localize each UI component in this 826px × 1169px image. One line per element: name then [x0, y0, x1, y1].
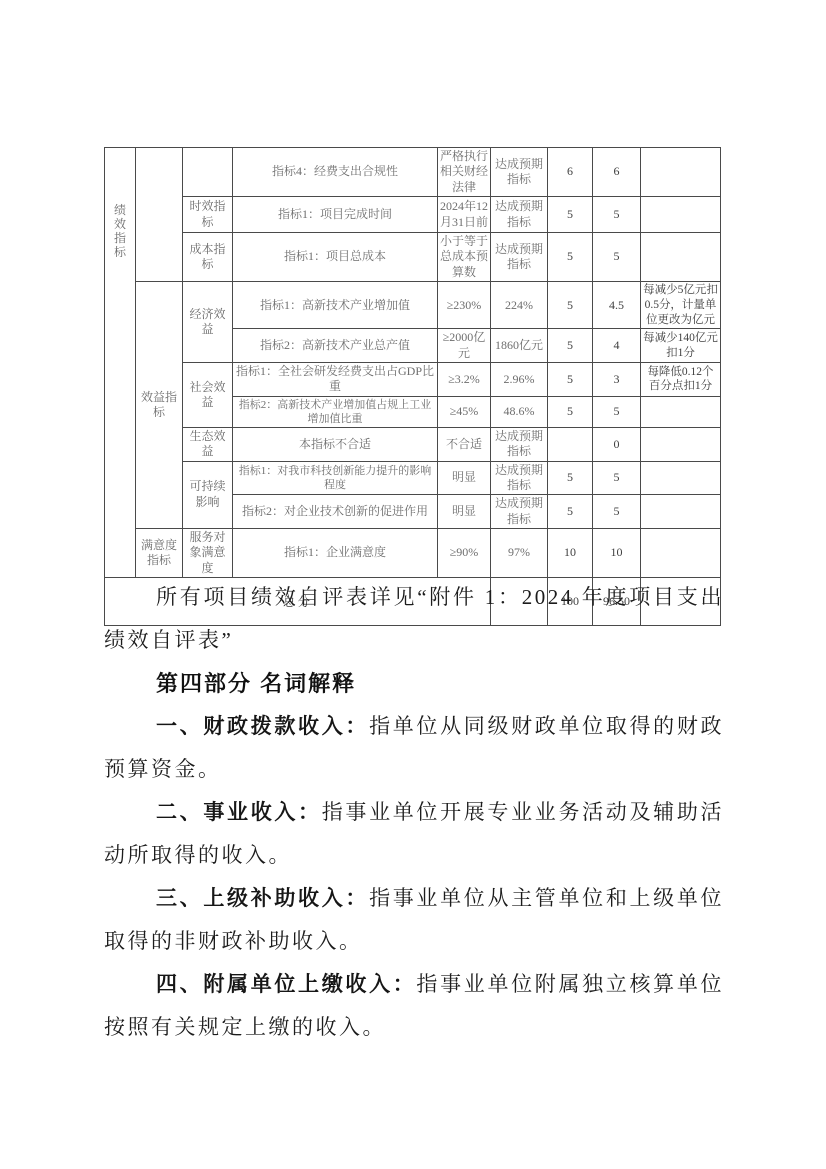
points-cell: 5 [548, 461, 593, 495]
actual-value-cell: 达成预期指标 [491, 233, 548, 282]
indicator-name-cell: 指标2：高新技术产业总产值 [233, 329, 438, 363]
indicator-name-cell: 指标4：经费支出合规性 [233, 148, 438, 197]
points-cell: 5 [548, 197, 593, 233]
indicator-name-cell: 指标2：对企业技术创新的促进作用 [233, 495, 438, 529]
group-cell-benefit: 效益指标 [136, 282, 183, 529]
points-cell [548, 427, 593, 461]
subgroup-cell: 可持续影响 [183, 461, 233, 528]
points-cell: 5 [548, 495, 593, 529]
score-cell: 4.5 [593, 282, 641, 329]
actual-value-cell: 48.6% [491, 396, 548, 427]
score-cell: 0 [593, 427, 641, 461]
subgroup-cell: 时效指标 [183, 197, 233, 233]
remark-cell [641, 396, 721, 427]
remark-cell [641, 529, 721, 578]
target-value-cell: 明显 [438, 495, 491, 529]
performance-indicator-table: 绩效指标 指标4：经费支出合规性 严格执行相关财经法律 达成预期指标 6 6 时… [104, 147, 721, 626]
remark-cell: 每减少140亿元扣1分 [641, 329, 721, 363]
target-value-cell: ≥2000亿元 [438, 329, 491, 363]
indicator-name-cell: 指标1：企业满意度 [233, 529, 438, 578]
subgroup-cell: 服务对象满意度 [183, 529, 233, 578]
group-cell-empty [136, 148, 183, 282]
target-value-cell: ≥3.2% [438, 363, 491, 397]
score-cell: 5 [593, 197, 641, 233]
remark-cell: 每降低0.12个百分点扣1分 [641, 363, 721, 397]
score-cell: 5 [593, 495, 641, 529]
term-label: 一、财政拨款收入： [156, 714, 369, 738]
remark-cell [641, 427, 721, 461]
actual-value-cell: 达成预期指标 [491, 427, 548, 461]
actual-value-cell: 达成预期指标 [491, 148, 548, 197]
target-value-cell: 2024年12月31日前 [438, 197, 491, 233]
target-value-cell: 明显 [438, 461, 491, 495]
subgroup-cell: 成本指标 [183, 233, 233, 282]
table-row: 绩效指标 指标4：经费支出合规性 严格执行相关财经法律 达成预期指标 6 6 [105, 148, 721, 197]
term-label: 四、附属单位上缴收入： [156, 972, 416, 996]
score-cell: 5 [593, 461, 641, 495]
term-definition: 四、附属单位上缴收入：指事业单位附属独立核算单位按照有关规定上缴的收入。 [104, 963, 724, 1049]
score-cell: 5 [593, 396, 641, 427]
remark-cell: 每减少5亿元扣0.5分，计量单位更改为亿元 [641, 282, 721, 329]
table-row: 效益指标 经济效益 指标1：高新技术产业增加值 ≥230% 224% 5 4.5… [105, 282, 721, 329]
target-value-cell: 严格执行相关财经法律 [438, 148, 491, 197]
points-cell: 6 [548, 148, 593, 197]
actual-value-cell: 达成预期指标 [491, 197, 548, 233]
target-value-cell: ≥90% [438, 529, 491, 578]
body-text-block: 所有项目绩效自评表详见“附件 1：2024 年度项目支出绩效自评表” 第四部分 … [104, 576, 724, 1049]
points-cell: 5 [548, 329, 593, 363]
score-cell: 4 [593, 329, 641, 363]
actual-value-cell: 达成预期指标 [491, 461, 548, 495]
term-definition: 三、上级补助收入：指事业单位从主管单位和上级单位取得的非财政补助收入。 [104, 877, 724, 963]
subgroup-cell: 生态效益 [183, 427, 233, 461]
side-header-cell: 绩效指标 [105, 148, 136, 578]
table-row: 时效指标 指标1：项目完成时间 2024年12月31日前 达成预期指标 5 5 [105, 197, 721, 233]
target-value-cell: 不合适 [438, 427, 491, 461]
section-heading: 第四部分 名词解释 [104, 662, 724, 705]
actual-value-cell: 97% [491, 529, 548, 578]
indicator-name-cell: 指标1：项目完成时间 [233, 197, 438, 233]
score-cell: 3 [593, 363, 641, 397]
indicator-name-cell: 指标2：高新技术产业增加值占规上工业增加值比重 [233, 396, 438, 427]
remark-cell [641, 495, 721, 529]
indicator-name-cell: 指标1：项目总成本 [233, 233, 438, 282]
score-cell: 10 [593, 529, 641, 578]
score-cell: 5 [593, 233, 641, 282]
table-row: 可持续影响 指标1：对我市科技创新能力提升的影响程度 明显 达成预期指标 5 5 [105, 461, 721, 495]
side-header-label: 绩效指标 [114, 203, 127, 259]
term-label: 二、事业收入： [156, 800, 322, 824]
attachment-note: 所有项目绩效自评表详见“附件 1：2024 年度项目支出绩效自评表” [104, 576, 724, 662]
indicator-name-cell: 指标1：高新技术产业增加值 [233, 282, 438, 329]
points-cell: 5 [548, 396, 593, 427]
table-row: 社会效益 指标1：全社会研发经费支出占GDP比重 ≥3.2% 2.96% 5 3… [105, 363, 721, 397]
table-row: 成本指标 指标1：项目总成本 小于等于总成本预算数 达成预期指标 5 5 [105, 233, 721, 282]
indicator-name-cell: 指标1：全社会研发经费支出占GDP比重 [233, 363, 438, 397]
score-cell: 6 [593, 148, 641, 197]
points-cell: 5 [548, 282, 593, 329]
indicator-name-cell: 指标1：对我市科技创新能力提升的影响程度 [233, 461, 438, 495]
points-cell: 10 [548, 529, 593, 578]
subgroup-cell: 经济效益 [183, 282, 233, 363]
actual-value-cell: 2.96% [491, 363, 548, 397]
term-definition: 一、财政拨款收入：指单位从同级财政单位取得的财政预算资金。 [104, 705, 724, 791]
indicator-name-cell: 本指标不合适 [233, 427, 438, 461]
document-page: 绩效指标 指标4：经费支出合规性 严格执行相关财经法律 达成预期指标 6 6 时… [0, 0, 826, 1169]
group-cell-satisfaction: 满意度指标 [136, 529, 183, 578]
remark-cell [641, 148, 721, 197]
actual-value-cell: 1860亿元 [491, 329, 548, 363]
subgroup-cell: 社会效益 [183, 363, 233, 428]
target-value-cell: 小于等于总成本预算数 [438, 233, 491, 282]
remark-cell [641, 233, 721, 282]
target-value-cell: ≥45% [438, 396, 491, 427]
table-row: 满意度指标 服务对象满意度 指标1：企业满意度 ≥90% 97% 10 10 [105, 529, 721, 578]
table-row: 生态效益 本指标不合适 不合适 达成预期指标 0 [105, 427, 721, 461]
target-value-cell: ≥230% [438, 282, 491, 329]
subgroup-cell-empty [183, 148, 233, 197]
points-cell: 5 [548, 363, 593, 397]
actual-value-cell: 224% [491, 282, 548, 329]
points-cell: 5 [548, 233, 593, 282]
term-definition: 二、事业收入：指事业单位开展专业业务活动及辅助活动所取得的收入。 [104, 791, 724, 877]
actual-value-cell: 达成预期指标 [491, 495, 548, 529]
remark-cell [641, 197, 721, 233]
remark-cell [641, 461, 721, 495]
term-label: 三、上级补助收入： [156, 886, 369, 910]
